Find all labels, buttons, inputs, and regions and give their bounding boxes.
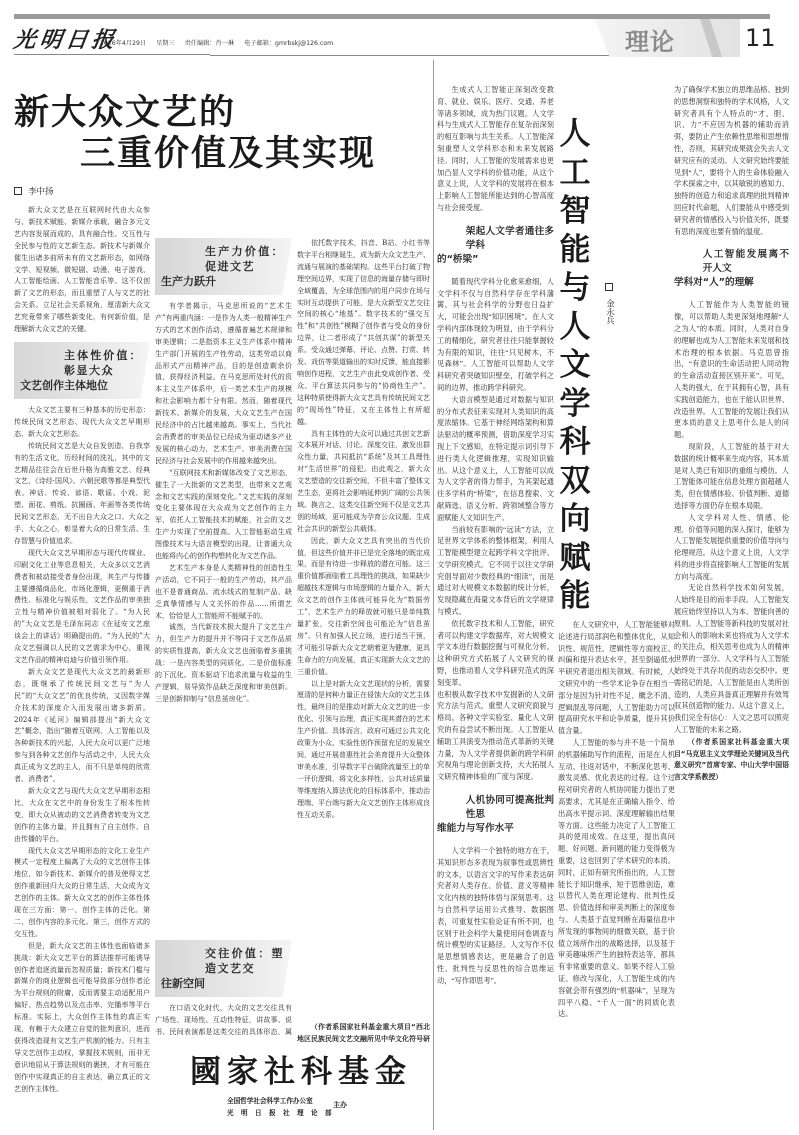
- issue-weekday: 星期三: [156, 40, 175, 47]
- article2-section2-heading: 人机协同可提高批判性思 维能力与写作水平: [437, 794, 554, 836]
- fund-banner-title: 國家社科基金: [190, 1046, 412, 1091]
- host-organizations: 全国哲学社会科学工作办公室 光明日报社理论部: [227, 1095, 339, 1119]
- issue-email: 电子邮箱：gmrbskj@126.com: [244, 40, 333, 47]
- article1-column-1: 新大众文艺是在互联网时代由大众参与、新技术赋能、新媒介承载，融合多元文艺内容发展…: [14, 205, 150, 1130]
- masthead-rule-right: [210, 55, 610, 56]
- issue-editor: 责任编辑：肖一琳: [185, 40, 235, 47]
- article1-section1-heading: 主体性价值：彰显大众 文艺创作主体地位: [14, 342, 150, 399]
- article1-column-2-lower: 交往价值：塑造文艺交 往新空间 在口语文化时代，大众的文艺交往具有广场性、现场性…: [155, 940, 292, 1035]
- article2-byline: 金永兵: [603, 283, 615, 329]
- top-rule: [14, 14, 386, 19]
- article2-section3-heading: 人工智能发展离不开人文 学科对“人”的理解: [674, 248, 789, 290]
- article1-title-line2: 三重价值及其实现: [80, 136, 376, 171]
- host-label: 主办: [333, 1100, 347, 1110]
- section-name: 理论: [625, 22, 675, 57]
- issue-date: 2026年4月29日: [100, 40, 146, 47]
- article2-section1-heading: 架起人文学者通往多学科 的“桥梁”: [437, 225, 554, 267]
- article1-section3-heading: 交往价值：塑造文艺交 往新空间: [155, 940, 292, 997]
- article1-column-3: 依托数字技术，抖音、B站、小红书等数字平台相继诞生，成为新大众文艺生产、流通与展…: [297, 238, 430, 1033]
- article2-column-1: 生成式人工智能正深刻改变教育、就业、娱乐、医疗、交通、养老等诸多领域，成为热门议…: [437, 85, 554, 1130]
- article1-title-line1: 新大众文艺的: [14, 95, 236, 130]
- article2-title: 人 工 智 能 与 人 文 学 科 双 向 赋 能: [558, 115, 592, 616]
- article2-author-note: （作者系国家社科基金重大项目“马克思主义文学理论关键词及当代意义研究”首席专家、…: [674, 737, 789, 784]
- article2-author: 金永兵: [604, 299, 615, 325]
- article2-column-2: 在人文研究中，人工智能能够对论述进行局部润色和整体优化，从知识性、规范性、逻辑性…: [558, 620, 675, 1130]
- article2-column-3: 为了确保学术独立的思维品格、独到的思想洞察和独特的学术风格，人文研究者具有个人特…: [674, 85, 789, 1130]
- article2-intro: 生成式人工智能正深刻改变教育、就业、娱乐、医疗、交通、养老等诸多领域，成为热门议…: [437, 85, 554, 215]
- column-divider: [433, 60, 434, 1130]
- page-number: 11: [745, 24, 776, 52]
- article1-section2-heading: 生产力价值：促进文艺 生产力跃升: [155, 238, 292, 295]
- byline-box-icon: [605, 283, 613, 291]
- article1-column-2: 生产力价值：促进文艺 生产力跃升 有学者揭示，马克思所说的“艺术生产”有两重内涵…: [155, 238, 292, 933]
- article1-intro: 新大众文艺是在互联网时代由大众参与、新技术赋能、新媒介承载，融合多元文艺内容发展…: [14, 205, 150, 336]
- article1-byline: 李中扬: [14, 185, 54, 197]
- article1-author-note: （作者系国家社科基金重大项目“西北地区民族民间文艺交融所见中华文化符号研究”首席…: [297, 1022, 430, 1046]
- byline-box-icon: [14, 187, 22, 195]
- issue-meta: 2026年4月29日 星期三 责任编辑：肖一琳 电子邮箱：gmrbskj@126…: [100, 38, 341, 47]
- masthead-rule: [14, 54, 210, 55]
- article1-author: 李中扬: [28, 185, 54, 197]
